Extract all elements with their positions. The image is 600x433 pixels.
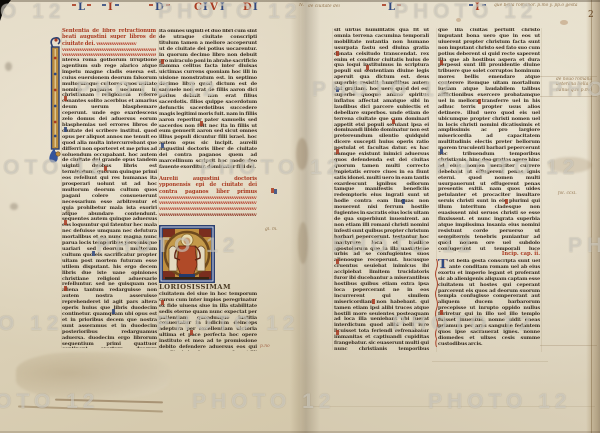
rubrication-layer — [0, 0, 600, 433]
rubrication-mark — [64, 96, 67, 101]
rubrication-mark — [336, 51, 339, 56]
rubrication-mark — [336, 259, 339, 264]
rubrication-mark — [366, 65, 369, 70]
rubrication-mark — [190, 330, 193, 335]
rubrication-mark — [440, 310, 443, 315]
rubrication-mark — [336, 87, 339, 92]
margin-signe-mark — [274, 189, 277, 194]
rubrication-mark — [478, 99, 481, 104]
rubrication-mark — [64, 220, 67, 225]
rubrication-mark — [161, 59, 164, 64]
rubrication-mark — [161, 300, 164, 305]
rubrication-mark — [200, 121, 203, 126]
rubrication-mark — [440, 60, 443, 65]
rubrication-mark — [161, 143, 164, 148]
rubrication-mark — [402, 199, 405, 204]
rubrication-mark — [336, 149, 339, 154]
rubrication-mark — [440, 149, 443, 154]
rubrication-mark — [336, 330, 339, 335]
rubrication-mark — [505, 199, 508, 204]
rubrication-mark — [92, 251, 95, 256]
rubrication-mark — [392, 119, 395, 124]
rubrication-mark — [372, 299, 375, 304]
rubrication-mark — [112, 309, 115, 314]
rubrication-mark — [64, 127, 67, 132]
rubrication-mark — [64, 286, 67, 291]
manuscript-photo: L I D C I V I D I L I N. de ciuitate dei… — [0, 0, 600, 433]
rubrication-mark — [104, 166, 107, 171]
